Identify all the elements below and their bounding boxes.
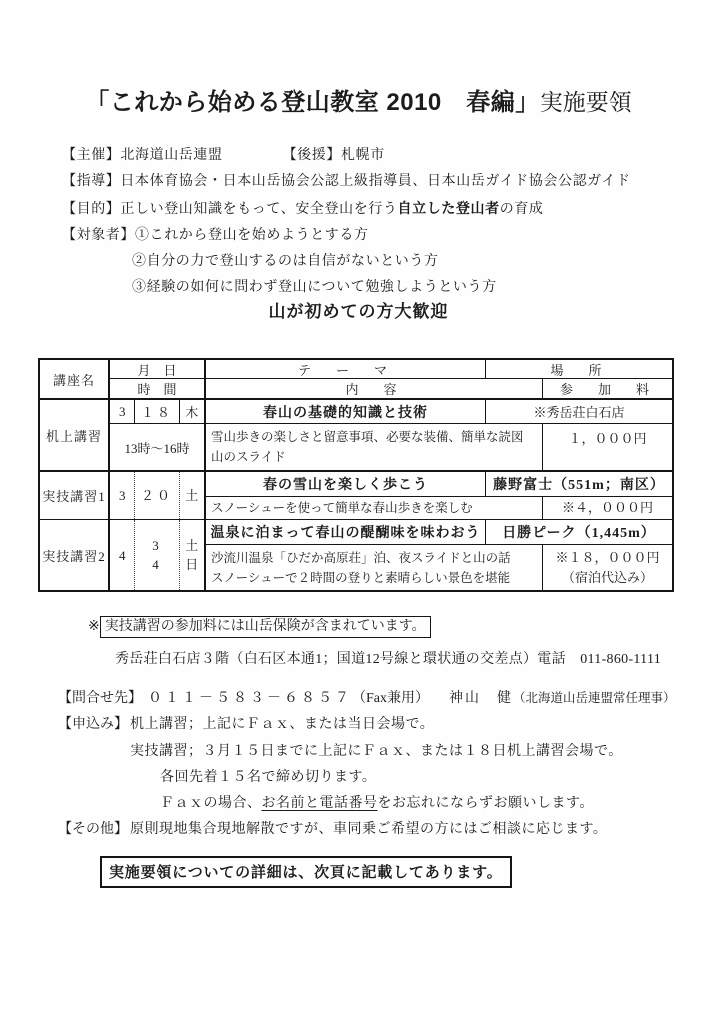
target-line-1: 【対象者】①これから登山を始めようとする方 <box>62 223 631 249</box>
row2-fee: ※４，０００円 <box>543 497 672 519</box>
row3-course: 実技講習2 <box>40 520 110 590</box>
row3-fee: ※１８，０００円 （宿泊代込み） <box>543 545 672 590</box>
purpose-emphasis: 自立した登山者 <box>398 200 500 216</box>
row2-month: 3 <box>110 472 135 519</box>
support-label: 【後援】 <box>283 148 341 163</box>
course-table: 講座名 月 日 時 間 テ ー マ 場 所 内 容 参 加 料 机上講習 <box>38 358 674 592</box>
table-row-field-lecture-2: 実技講習2 4 3 4 土 日 温泉に泊まって春山の醍醐味を味わおう <box>40 520 672 590</box>
row1-day: １８ <box>135 400 179 423</box>
target-label: 【対象者】 <box>62 228 135 243</box>
target-item-1: ①これから登山を始めようとする方 <box>135 228 369 243</box>
row3-weekday-1: 土 <box>185 536 198 555</box>
contact-phone: ０１１－５８３－６８５７ <box>148 691 352 706</box>
row2-main: 春の雪山を楽しく歩こう 藤野富士（551m；南区） スノーシューを使って簡単な春… <box>206 472 672 519</box>
row3-fee-amount: ※１８，０００円 <box>555 548 659 568</box>
row3-content-line2: スノーシューで２時間の登りと素晴らしい景色を堪能 <box>211 568 510 588</box>
row2-content-line1: スノーシューを使って簡単な春山歩きを楽しむ <box>211 498 473 518</box>
row1-weekday: 木 <box>180 400 204 423</box>
row3-date-cells: 4 3 4 土 日 <box>110 520 204 590</box>
row2-day: ２０ <box>135 472 179 519</box>
row3-content-row: 沙流川温泉「ひだか高原荘」泊、夜スライドと山の話 スノーシューで２時間の登りと素… <box>206 545 672 590</box>
apply-line4-pre: Ｆａｘの場合、 <box>160 796 262 811</box>
organizer-value: 北海道山岳連盟 <box>120 148 222 163</box>
table-row-desk-lecture: 机上講習 3 １８ 木 13時～16時 春山の基礎的知識と技術 ※秀岳荘白石店 … <box>40 400 672 472</box>
row1-date: 3 １８ 木 13時～16時 <box>110 400 206 470</box>
row1-theme-row: 春山の基礎的知識と技術 ※秀岳荘白石店 <box>206 400 672 424</box>
instructor-value: 日本体育協会・日本山岳協会公認上級指導員、日本山岳ガイド協会公認ガイド <box>120 174 630 189</box>
row3-day-2: 4 <box>152 555 162 574</box>
header-time: 時 間 <box>110 379 204 398</box>
row3-weekday-2: 日 <box>185 555 198 574</box>
apply-line4-underlined: お名前と電話番号 <box>262 796 378 811</box>
apply-line4-post: をお忘れにならずお願いします。 <box>378 796 594 811</box>
row2-theme-row: 春の雪山を楽しく歩こう 藤野富士（551m；南区） <box>206 472 672 497</box>
support-value: 札幌市 <box>341 148 385 163</box>
header-content: 内 容 <box>206 379 543 398</box>
row2-date: 3 ２０ 土 <box>110 472 206 519</box>
row2-theme: 春の雪山を楽しく歩こう <box>206 472 486 496</box>
row1-time: 13時～16時 <box>110 424 204 470</box>
page-title-bold: 「これから始める登山教室 2010 春編」 <box>85 89 540 116</box>
shop-address: 秀岳荘白石店３階（白石区本通1；国道12号線と環状通の交差点）電話 011-86… <box>115 648 661 668</box>
apply-label: 【申込み】 <box>58 713 128 733</box>
row3-theme-row: 温泉に泊まって春山の醍醐味を味わおう 日勝ピーク（1,445m） <box>206 520 672 545</box>
header-theme-place-row: テ ー マ 場 所 <box>206 360 672 379</box>
instructor-label: 【指導】 <box>62 174 120 189</box>
row1-month: 3 <box>110 400 135 423</box>
target-item-3: ③経験の如何に問わず登山について勉強しようという方 <box>132 280 497 295</box>
row2-weekday: 土 <box>180 472 204 519</box>
row1-course: 机上講習 <box>40 400 110 470</box>
other-text: 原則現地集合現地解散ですが、車同乗ご希望の方にはご相談に応じます。 <box>130 818 607 838</box>
row2-date-cells: 3 ２０ 土 <box>110 472 204 519</box>
table-row-field-lecture-1: 実技講習1 3 ２０ 土 春の雪山を楽しく歩こう 藤野富士（551m；南区） ス… <box>40 472 672 520</box>
contact-fax-note: （Fax兼用） <box>352 691 429 706</box>
header-fee: 参 加 料 <box>543 379 672 398</box>
info-block: 【主催】北海道山岳連盟【後援】札幌市 【指導】日本体育協会・日本山岳協会公認上級… <box>62 143 631 301</box>
apply-line-3: 各回先着１５名で締め切ります。 <box>160 766 376 786</box>
contact-label: 【問合せ先】 <box>58 691 142 706</box>
purpose-label: 【目的】 <box>62 202 120 217</box>
contact-line: 【問合せ先】０１１－５８３－６８５７（Fax兼用）神山 健（北海道山岳連盟常任理… <box>58 687 676 707</box>
row2-course: 実技講習1 <box>40 472 110 519</box>
row2-content: スノーシューを使って簡単な春山歩きを楽しむ <box>206 497 543 519</box>
page-title-rest: 実施要領 <box>540 90 632 115</box>
row3-month: 4 <box>110 520 135 590</box>
purpose-post: の育成 <box>500 202 544 217</box>
row1-main: 春山の基礎的知識と技術 ※秀岳荘白石店 雪山歩きの楽しさと留意事項、必要な装備、… <box>206 400 672 470</box>
row1-fee: １，０００円 <box>543 424 672 470</box>
contact-person: 神山 健 <box>449 691 513 706</box>
organizer-label: 【主催】 <box>62 148 120 163</box>
footer-notice-box: 実施要領についての詳細は、次頁に記載してあります。 <box>100 856 512 888</box>
row3-days: 3 4 <box>135 520 179 590</box>
apply-line-2: 実技講習；３月１５日までに上記にＦａｘ、または１８日机上講習会場で。 <box>130 740 623 760</box>
header-main: テ ー マ 場 所 内 容 参 加 料 <box>206 360 672 398</box>
row2-place: 藤野富士（551m；南区） <box>486 472 672 496</box>
row3-place: 日勝ピーク（1,445m） <box>486 520 672 544</box>
header-course: 講座名 <box>40 360 110 398</box>
purpose-line: 【目的】正しい登山知識をもって、安全登山を行う自立した登山者の育成 <box>62 195 631 223</box>
row3-fee-note: （宿泊代込み） <box>562 568 653 588</box>
insurance-note: ※実技講習の参加料には山岳保険が含まれています。 <box>88 615 431 635</box>
target-item-2: ②自分の力で登山するのは自信がないという方 <box>132 254 439 269</box>
row3-content-line1: 沙流川温泉「ひだか高原荘」泊、夜スライドと山の話 <box>211 548 511 568</box>
insurance-boxed-text: 実技講習の参加料には山岳保険が含まれています。 <box>100 616 431 638</box>
row1-fee-amount: １，０００円 <box>568 429 646 449</box>
organizer-line: 【主催】北海道山岳連盟【後援】札幌市 <box>62 143 631 169</box>
table-header-row: 講座名 月 日 時 間 テ ー マ 場 所 内 容 参 加 料 <box>40 360 672 400</box>
purpose-pre: 正しい登山知識をもって、安全登山を行う <box>120 202 397 217</box>
document-page: 「これから始める登山教室 2010 春編」実施要領 【主催】北海道山岳連盟【後援… <box>0 0 717 1024</box>
row3-weekdays: 土 日 <box>180 520 204 590</box>
row1-content-row: 雪山歩きの楽しさと留意事項、必要な装備、簡単な読図 山のスライド １，０００円 <box>206 424 672 470</box>
row3-date: 4 3 4 土 日 <box>110 520 206 590</box>
header-date-time: 月 日 時 間 <box>110 360 206 398</box>
header-place: 場 所 <box>486 360 672 378</box>
row2-content-row: スノーシューを使って簡単な春山歩きを楽しむ ※４，０００円 <box>206 497 672 519</box>
row1-content: 雪山歩きの楽しさと留意事項、必要な装備、簡単な読図 山のスライド <box>206 424 543 470</box>
header-theme: テ ー マ <box>206 360 486 378</box>
apply-line-4: Ｆａｘの場合、お名前と電話番号をお忘れにならずお願いします。 <box>160 792 594 812</box>
row1-date-line: 3 １８ 木 <box>110 400 204 424</box>
welcome-banner: 山が初めての方大歓迎 <box>0 297 717 322</box>
instructor-line: 【指導】日本体育協会・日本山岳協会公認上級指導員、日本山岳ガイド協会公認ガイド <box>62 169 631 195</box>
apply-line-1: 机上講習；上記にＦａｘ、または当日会場で。 <box>130 713 434 733</box>
row3-day-1: 3 <box>152 536 162 555</box>
insurance-prefix: ※ <box>88 619 100 634</box>
other-label: 【その他】 <box>58 818 128 838</box>
header-content-fee-row: 内 容 参 加 料 <box>206 379 672 398</box>
row1-content-line2: 山のスライド <box>211 447 286 467</box>
header-date: 月 日 <box>110 360 204 379</box>
row3-content: 沙流川温泉「ひだか高原荘」泊、夜スライドと山の話 スノーシューで２時間の登りと素… <box>206 545 543 590</box>
row3-main: 温泉に泊まって春山の醍醐味を味わおう 日勝ピーク（1,445m） 沙流川温泉「ひ… <box>206 520 672 590</box>
row1-content-line1: 雪山歩きの楽しさと留意事項、必要な装備、簡単な読図 <box>211 427 524 447</box>
row1-place: ※秀岳荘白石店 <box>486 400 672 423</box>
target-line-2: ②自分の力で登山するのは自信がないという方 <box>62 249 631 275</box>
row1-theme: 春山の基礎的知識と技術 <box>206 400 486 423</box>
page-title: 「これから始める登山教室 2010 春編」実施要領 <box>0 82 717 117</box>
row2-fee-amount: ※４，０００円 <box>562 498 653 518</box>
contact-person-note: （北海道山岳連盟常任理事） <box>513 691 676 705</box>
row3-theme: 温泉に泊まって春山の醍醐味を味わおう <box>206 520 486 544</box>
